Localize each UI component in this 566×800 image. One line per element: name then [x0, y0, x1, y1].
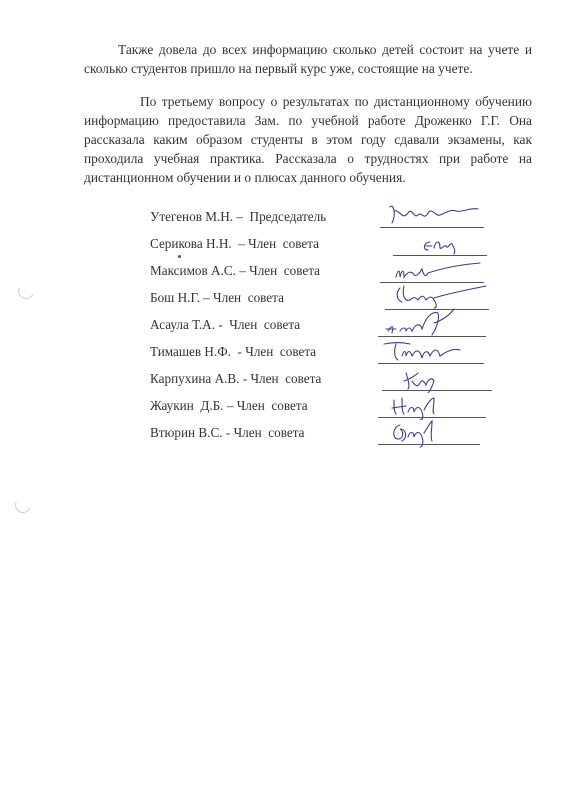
- signature-icon: [420, 236, 470, 256]
- paragraph-text: Также довела до всех информацию сколько …: [84, 42, 532, 76]
- signatory-name: Максимов А.С. – Член совета: [150, 263, 320, 279]
- signatory-name: Асаула Т.А. - Член совета: [150, 317, 300, 333]
- paragraph-text: По третьему вопросу о результатах по дис…: [84, 94, 532, 185]
- paragraph-distance-learning: По третьему вопросу о результатах по дис…: [84, 92, 532, 187]
- paragraph-registered-students: Также довела до всех информацию сколько …: [84, 40, 532, 78]
- signatory-name: Бош Н.Г. – Член совета: [150, 290, 284, 306]
- stray-mark: [178, 255, 181, 258]
- binder-hole-mark: [16, 281, 37, 302]
- signatory-name: Втюрин В.С. - Член совета: [150, 425, 304, 441]
- signatory-name: Тимашев Н.Ф. - Член совета: [150, 344, 316, 360]
- signature-icon: [388, 392, 458, 420]
- signature-icon: [400, 367, 450, 393]
- binder-hole-mark: [13, 495, 34, 516]
- signatory-name: Жаукин Д.Б. – Член совета: [150, 398, 308, 414]
- signatory-name: Карпухина А.В. - Член совета: [150, 371, 321, 387]
- signatory-name: Утегенов М.Н. – Председатель: [150, 209, 326, 225]
- signatory-row: Утегенов М.Н. – Председатель: [150, 209, 490, 236]
- signature-icon: [390, 259, 486, 283]
- signature-icon: [382, 303, 478, 339]
- signature-icon: [380, 338, 476, 366]
- signature-icon: [386, 417, 446, 451]
- signatory-row: Втюрин В.С. - Член совета: [150, 425, 490, 452]
- signatory-name: Серикова Н.Н. – Член совета: [150, 236, 319, 252]
- signature-icon: [386, 201, 482, 229]
- document-page: Также довела до всех информацию сколько …: [0, 0, 566, 800]
